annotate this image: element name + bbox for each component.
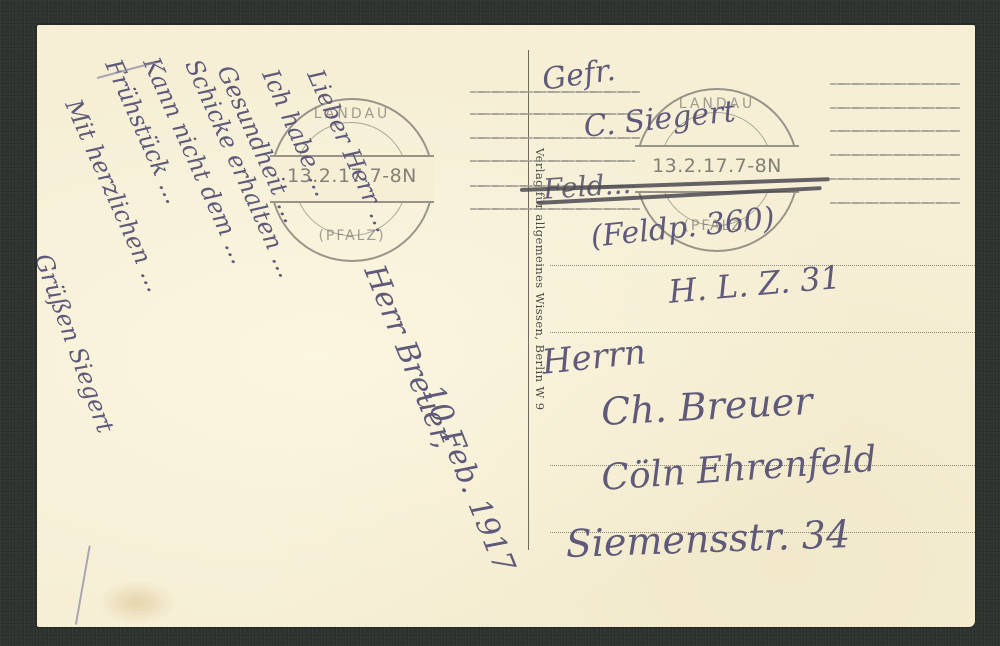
- cancel-bar: [470, 208, 640, 210]
- postmark-date: 13.2.17.7-8N: [637, 155, 797, 177]
- recipient-street: Siemensstr. 34: [565, 512, 851, 566]
- recipient-name: Ch. Breuer: [600, 379, 813, 434]
- cancel-bar: [830, 107, 960, 109]
- cancel-bar: [830, 130, 960, 132]
- cancel-bar: [830, 202, 960, 204]
- pencil-stroke: [75, 546, 90, 625]
- center-divider-line: [528, 50, 529, 550]
- cancel-bar: [830, 178, 960, 180]
- recipient-salutation: Herrn: [540, 332, 648, 383]
- cancel-bar: [830, 154, 960, 156]
- message-signature: Grüßen Siegert: [37, 250, 119, 437]
- age-stain: [97, 580, 177, 625]
- recipient-city: Cöln Ehrenfeld: [600, 439, 878, 499]
- address-line: [550, 332, 975, 333]
- postmark-region: (PFALZ): [272, 228, 432, 244]
- cancel-bar: [470, 160, 640, 162]
- message-greeting: Herr Breuer,: [357, 260, 462, 453]
- postcard: Verlag für allgemeines Wissen, Berlin W …: [37, 25, 975, 627]
- cancel-bar: [830, 83, 960, 85]
